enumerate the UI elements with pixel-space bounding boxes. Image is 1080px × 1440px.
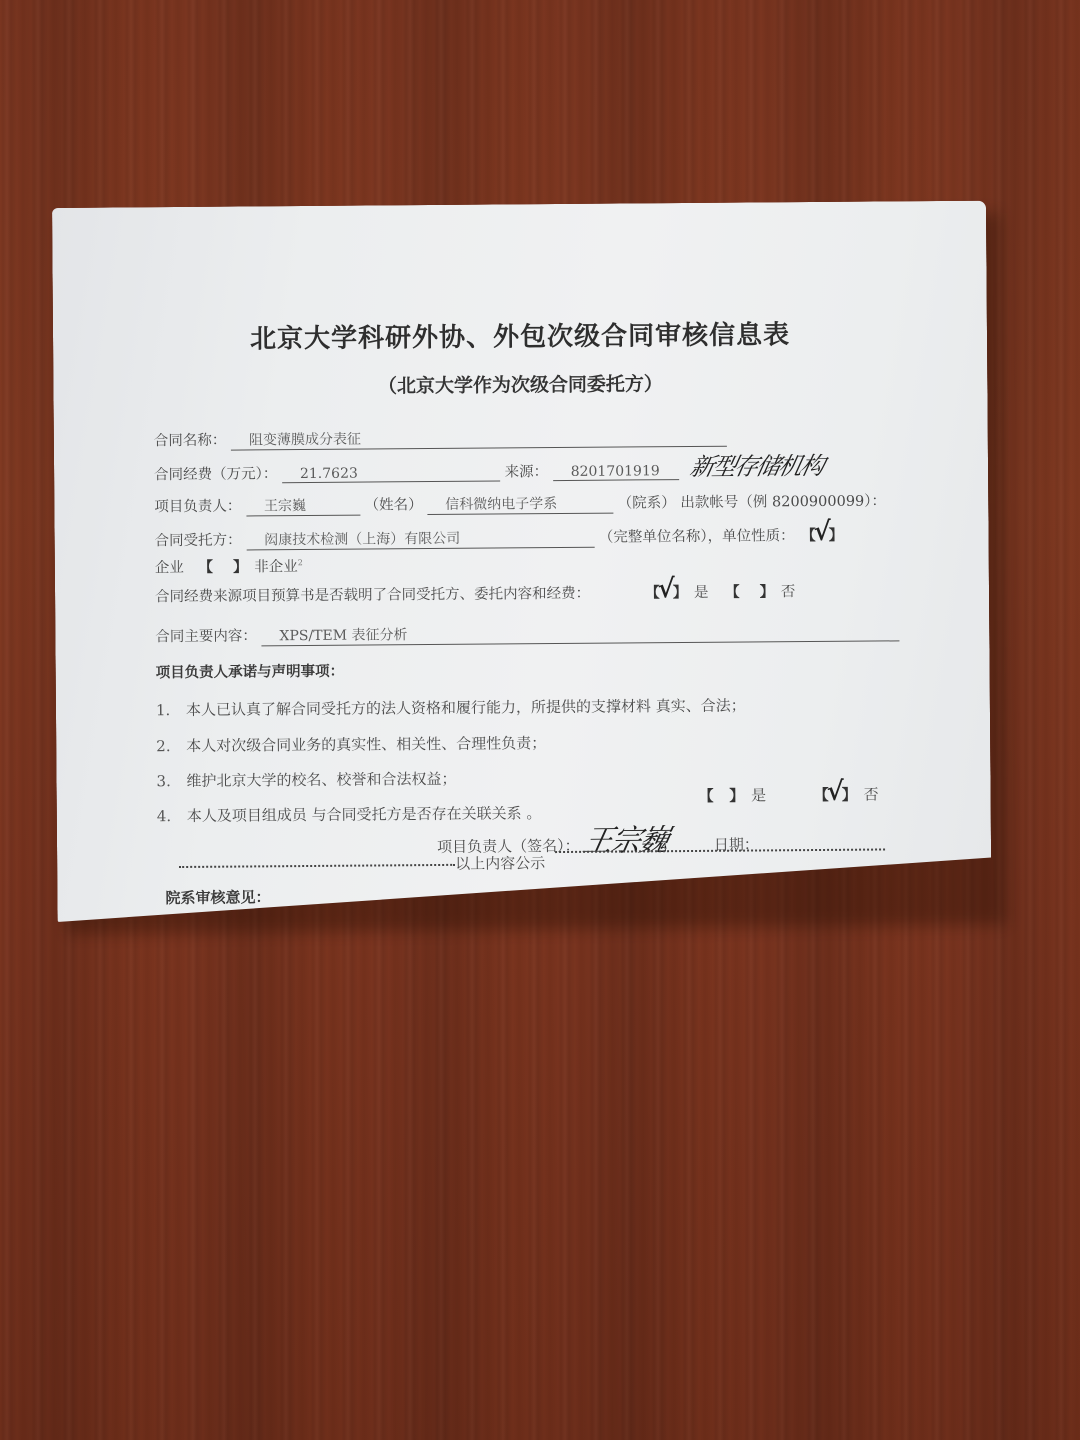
non-enterprise-checkbox[interactable]: 【 】: [198, 555, 247, 576]
contract-fee-label: 合同经费（万元）：: [154, 466, 277, 483]
contract-fee-row: 合同经费（万元）： 21.7623 来源： 8201701919 新型存储机构: [154, 456, 823, 486]
source-label: 来源：: [504, 464, 548, 480]
dept-review-label: 院系审核意见：: [165, 886, 270, 908]
budget-question-row: 合同经费来源项目预算书是否载明了合同受托方、委托内容和经费： 【√】 是 【 】…: [155, 580, 795, 606]
contractor-row: 合同受托方： 闳康技术检测（上海）有限公司 （完整单位名称），单位性质： 【√】: [155, 524, 846, 551]
budget-question: 合同经费来源项目预算书是否载明了合同受托方、委托内容和经费：: [155, 586, 590, 605]
source-handwritten-note: 新型存储机构: [688, 446, 827, 482]
relation-answer: 【 】 是 【√】 否: [697, 784, 879, 806]
form-title: 北京大学科研外协、外包次级合同审核信息表: [53, 313, 987, 357]
pi-suffix: （姓名）: [365, 497, 423, 513]
contract-name-label: 合同名称：: [154, 433, 227, 450]
budget-no-checkbox[interactable]: 【 】: [725, 580, 774, 601]
contractor-field[interactable]: 闳康技术检测（上海）有限公司: [246, 527, 594, 551]
account-label: 出款帐号（例 8200900099）：: [680, 493, 886, 511]
public-notice: 以上内容公示: [455, 854, 545, 873]
budget-yes-label: 是: [694, 585, 709, 601]
contractor-label: 合同受托方：: [155, 533, 242, 550]
contract-name-row: 合同名称： 阻变薄膜成分表征: [154, 425, 727, 452]
public-notice-row: 以上内容公示: [179, 852, 545, 876]
declaration-item: 1.本人已认真了解合同受托方的法人资格和履行能力，所提供的支撑材料 真实、合法；: [156, 695, 746, 721]
contractor-suffix: （完整单位名称），单位性质：: [599, 528, 795, 546]
main-content-row: 合同主要内容： XPS/TEM 表征分析: [155, 619, 899, 647]
declarations-heading: 项目负责人承诺与声明事项：: [156, 660, 345, 682]
main-content-label: 合同主要内容：: [155, 628, 257, 645]
contract-fee-field[interactable]: 21.7623: [282, 464, 500, 483]
enterprise-row: 企业 【 】 非企业2: [155, 555, 303, 577]
budget-yes-checkbox[interactable]: 【√】: [645, 581, 687, 602]
pi-name-field[interactable]: 王宗巍: [246, 495, 360, 517]
budget-no-label: 否: [781, 584, 796, 600]
dept-suffix: （院系）: [618, 495, 676, 511]
enterprise-label: 企业: [155, 560, 184, 576]
declaration-item: 2.本人对次级合同业务的真实性、相关性、合理性负责；: [156, 732, 546, 756]
relation-no-label: 否: [864, 786, 879, 804]
non-enterprise-label: 非企业: [254, 559, 298, 575]
pi-row: 项目负责人： 王宗巍 （姓名） 信科微纳电子学系 （院系） 出款帐号（例 820…: [154, 489, 886, 517]
relation-no-checkbox[interactable]: 【√】: [814, 784, 857, 805]
relation-yes-label: 是: [751, 786, 766, 804]
relation-yes-checkbox[interactable]: 【 】: [699, 785, 745, 806]
upper-dotted-line: [555, 841, 885, 860]
source-field[interactable]: 8201701919: [553, 463, 679, 481]
main-content-field[interactable]: XPS/TEM 表征分析: [261, 620, 899, 646]
contract-review-form: 北京大学科研外协、外包次级合同审核信息表 （北京大学作为次级合同委托方） 合同名…: [52, 201, 992, 922]
pi-label: 项目负责人：: [154, 499, 241, 516]
form-subtitle: （北京大学作为次级合同委托方）: [53, 367, 987, 401]
declaration-item: 3.维护北京大学的校名、校誉和合法权益；: [156, 768, 456, 791]
enterprise-checkbox[interactable]: 【√】: [801, 524, 843, 545]
contract-name-field[interactable]: 阻变薄膜成分表征: [231, 426, 727, 451]
dept-field[interactable]: 信科微纳电子学系: [427, 493, 613, 515]
